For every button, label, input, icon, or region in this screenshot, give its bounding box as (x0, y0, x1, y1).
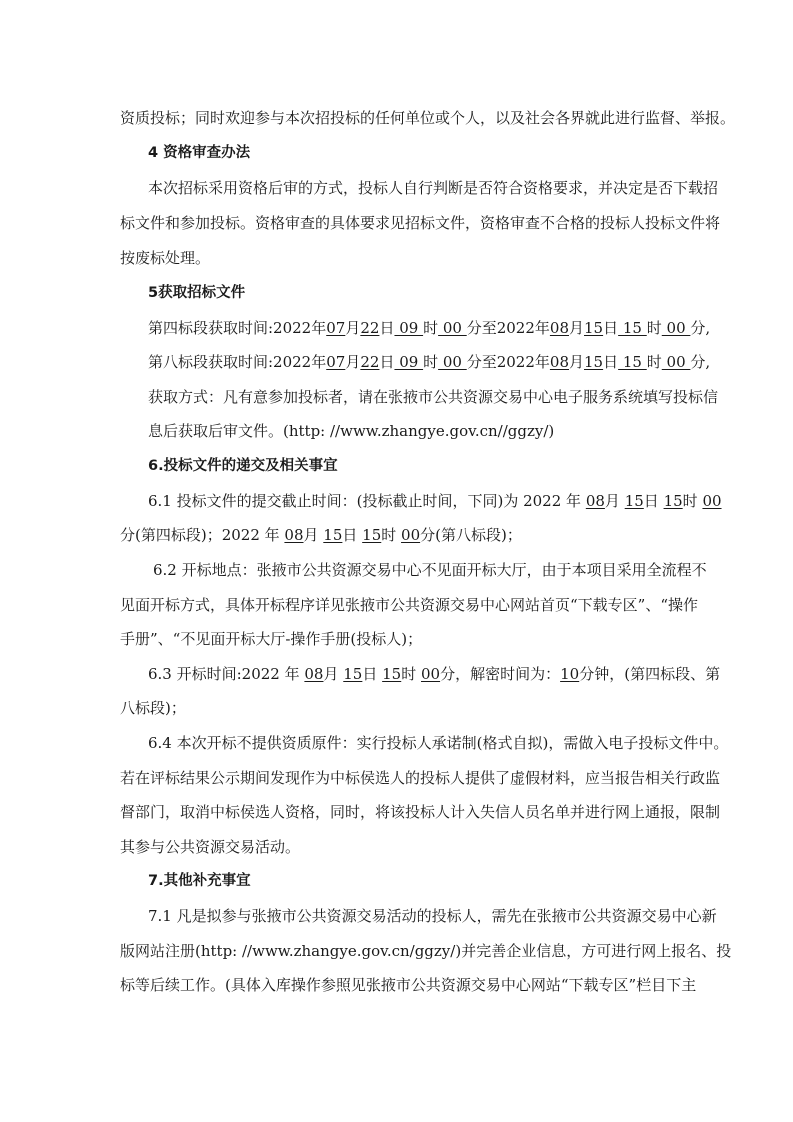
text: 时 (683, 492, 703, 510)
text: 时 (423, 353, 438, 371)
underlined-value: 00 (421, 665, 440, 683)
text: 月 (323, 665, 343, 683)
section-heading-6: 6.投标文件的递交及相关事宜 (148, 455, 338, 477)
underlined-value: 15 (625, 492, 644, 510)
underlined-value: 08 (304, 665, 323, 683)
underlined-value: 08 (284, 526, 303, 544)
text: 6.1 投标文件的提交截止时间：(投标截止时间，下同)为 2022 年 (148, 492, 586, 510)
text: 时 (647, 353, 662, 371)
text: 月 (345, 319, 360, 337)
text: 第八标段获取时间:2022年 (148, 353, 326, 371)
text: 月 (569, 319, 584, 337)
text: 若在评标结果公示期间发现作为中标侯选人的投标人提供了虚假材料，应当报告相关行政监 (120, 769, 720, 787)
paragraph-line: 标等后续工作。(具体入库操作参照见张掖市公共资源交易中心网站“下载专区”栏目下主 (120, 974, 672, 996)
heading-text: 6.投标文件的递交及相关事宜 (148, 458, 338, 474)
underlined-value: 00 (438, 319, 467, 337)
paragraph-line-6-2: 6.2 开标地点：张掖市公共资源交易中心不见面开标大厅，由于本项目采用全流程不 (153, 559, 672, 581)
text: 八标段)； (120, 699, 186, 717)
text: 第四标段获取时间:2022年 (148, 319, 326, 337)
paragraph-line: 督部门，取消中标侯选人资格，同时，将该投标人计入失信人员名单并进行网上通报，限制 (120, 801, 672, 823)
paragraph-line-7-1: 7.1 凡是拟参与张掖市公共资源交易活动的投标人，需先在张掖市公共资源交易中心新 (148, 905, 672, 927)
paragraph-line-section8-time: 第八标段获取时间:2022年07月22日 09 时 00 分至2022年08月1… (148, 351, 672, 373)
text: 手册”、“不见面开标大厅-操作手册(投标人)； (120, 630, 422, 648)
underlined-value: 00 (662, 319, 691, 337)
paragraph-line: 八标段)； (120, 697, 672, 719)
text: 月 (605, 492, 625, 510)
underlined-value: 15 (664, 492, 683, 510)
paragraph-line-6-1: 6.1 投标文件的提交截止时间：(投标截止时间，下同)为 2022 年 08月 … (148, 490, 672, 512)
text: 6.4 本次开标不提供资质原件：实行投标人承诺制(格式自拟)，需做入电子投标文件… (148, 734, 728, 752)
text: 标等后续工作。(具体入库操作参照见张掖市公共资源交易中心网站“下载专区”栏目下主 (120, 976, 696, 994)
underlined-value: 08 (550, 353, 569, 371)
text: 其参与公共资源交易活动。 (120, 838, 300, 856)
text: 本次招标采用资格后审的方式，投标人自行判断是否符合资格要求，并决定是否下载招 (148, 179, 718, 197)
paragraph-line-url: 版网站注册(http: //www.zhangye.gov.cn/ggzy/)并… (120, 940, 672, 962)
underlined-value: 22 (360, 353, 379, 371)
document-page: 资质投标；同时欢迎参与本次招投标的任何单位或个人，以及社会各界就此进行监督、举报… (0, 0, 793, 1122)
text: 获取方式：凡有意参加投标者，请在张掖市公共资源交易中心电子服务系统填写投标信 (148, 388, 718, 406)
text: 标文件和参加投标。资格审查的具体要求见招标文件，资格审查不合格的投标人投标文件将 (120, 214, 720, 232)
section-heading-4: 4 资格审查办法 (148, 142, 250, 164)
text: 日 (362, 665, 382, 683)
underlined-value: 22 (360, 319, 379, 337)
underlined-value: 15 (382, 665, 401, 683)
underlined-value: 15 (343, 665, 362, 683)
text: 按废标处理。 (120, 249, 210, 267)
underlined-value: 09 (394, 353, 423, 371)
heading-text: 7.其他补充事宜 (148, 873, 251, 889)
text: 时 (381, 526, 401, 544)
paragraph-line: 分(第四标段)；2022 年 08月 15日 15时 00分(第八标段)； (120, 524, 672, 546)
text: 版网站注册(http: //www.zhangye.gov.cn/ggzy/)并… (120, 942, 731, 960)
text: 见面开标方式，具体开标程序详见张掖市公共资源交易中心网站首页“下载专区”、“操作 (120, 596, 698, 614)
text: 分至2022年 (467, 353, 550, 371)
paragraph-line: 手册”、“不见面开标大厅-操作手册(投标人)； (120, 628, 672, 650)
text: 督部门，取消中标侯选人资格，同时，将该投标人计入失信人员名单并进行网上通报，限制 (120, 803, 720, 821)
text: 7.1 凡是拟参与张掖市公共资源交易活动的投标人，需先在张掖市公共资源交易中心新 (148, 907, 717, 925)
text: 资质投标；同时欢迎参与本次招投标的任何单位或个人，以及社会各界就此进行监督、举报… (120, 109, 735, 127)
text: 日 (603, 319, 618, 337)
underlined-value: 00 (702, 492, 721, 510)
underlined-value: 08 (550, 319, 569, 337)
underlined-value: 00 (662, 353, 691, 371)
text: 分(第八标段)； (420, 526, 522, 544)
paragraph-line-6-4: 6.4 本次开标不提供资质原件：实行投标人承诺制(格式自拟)，需做入电子投标文件… (148, 732, 672, 754)
underlined-value: 00 (401, 526, 420, 544)
text: 日 (603, 353, 618, 371)
text: 分至2022年 (467, 319, 550, 337)
text: 6.3 开标时间:2022 年 (148, 665, 304, 683)
text: 分钟，(第四标段、第 (579, 665, 720, 683)
text: 分，解密时间为： (440, 665, 560, 683)
paragraph-line-6-3: 6.3 开标时间:2022 年 08月 15日 15时 00分，解密时间为：10… (148, 663, 672, 685)
url-text: 息后获取后审文件。(http: //www.zhangye.gov.cn//gg… (148, 422, 554, 440)
paragraph-line: 本次招标采用资格后审的方式，投标人自行判断是否符合资格要求，并决定是否下载招 (148, 177, 672, 199)
text: 分, (690, 319, 710, 337)
section-heading-5: 5获取招标文件 (148, 282, 245, 304)
paragraph-line: 标文件和参加投标。资格审查的具体要求见招标文件，资格审查不合格的投标人投标文件将 (120, 212, 672, 234)
paragraph-line: 若在评标结果公示期间发现作为中标侯选人的投标人提供了虚假材料，应当报告相关行政监 (120, 767, 672, 789)
underlined-value: 15 (584, 353, 603, 371)
text: 时 (423, 319, 438, 337)
underlined-value: 10 (560, 665, 579, 683)
paragraph-line-url: 息后获取后审文件。(http: //www.zhangye.gov.cn//gg… (148, 420, 672, 442)
underlined-value: 09 (394, 319, 423, 337)
paragraph-line: 资质投标；同时欢迎参与本次招投标的任何单位或个人，以及社会各界就此进行监督、举报… (120, 107, 672, 129)
text: 日 (342, 526, 362, 544)
text: 分, (690, 353, 710, 371)
section-heading-7: 7.其他补充事宜 (148, 870, 251, 892)
paragraph-line-section4-time: 第四标段获取时间:2022年07月22日 09 时 00 分至2022年08月1… (148, 317, 672, 339)
underlined-value: 08 (586, 492, 605, 510)
underlined-value: 07 (326, 319, 345, 337)
text: 日 (644, 492, 664, 510)
underlined-value: 15 (618, 353, 647, 371)
heading-text: 4 资格审查办法 (148, 145, 250, 161)
paragraph-line: 其参与公共资源交易活动。 (120, 836, 672, 858)
text: 时 (401, 665, 421, 683)
heading-text: 5获取招标文件 (148, 285, 245, 301)
underlined-value: 07 (326, 353, 345, 371)
text: 时 (647, 319, 662, 337)
underlined-value: 15 (323, 526, 342, 544)
text: 月 (345, 353, 360, 371)
underlined-value: 15 (618, 319, 647, 337)
text: 6.2 开标地点：张掖市公共资源交易中心不见面开标大厅，由于本项目采用全流程不 (153, 561, 707, 579)
paragraph-line: 按废标处理。 (120, 247, 672, 269)
text: 分(第四标段)；2022 年 (120, 526, 284, 544)
text: 月 (569, 353, 584, 371)
underlined-value: 00 (438, 353, 467, 371)
text: 日 (379, 353, 394, 371)
underlined-value: 15 (584, 319, 603, 337)
text: 日 (379, 319, 394, 337)
underlined-value: 15 (362, 526, 381, 544)
paragraph-line: 见面开标方式，具体开标程序详见张掖市公共资源交易中心网站首页“下载专区”、“操作 (120, 594, 672, 616)
text: 月 (304, 526, 324, 544)
paragraph-line: 获取方式：凡有意参加投标者，请在张掖市公共资源交易中心电子服务系统填写投标信 (148, 386, 672, 408)
